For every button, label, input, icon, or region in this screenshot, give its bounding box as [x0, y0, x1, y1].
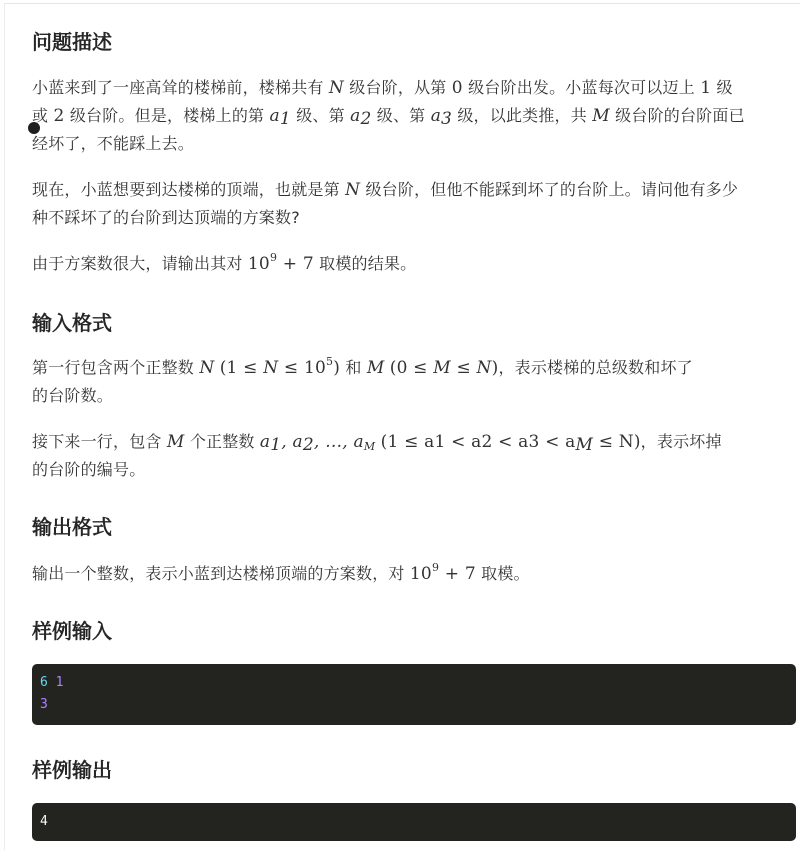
input-format-paragraph-1: 第一行包含两个正整数 N (1 ≤ N ≤ 105) 和 M (0 ≤ M ≤ …: [32, 354, 797, 410]
section-title-sample-output: 样例输出: [32, 756, 112, 784]
section-title-input-format: 输入格式: [32, 309, 112, 337]
section-title-output-format: 输出格式: [32, 513, 112, 541]
code-line-1: 6 1: [40, 672, 63, 694]
sample-input-code-block[interactable]: 6 1 3: [32, 664, 796, 725]
input-format-paragraph-2: 接下来一行，包含 M 个正整数 a1, a2, …, aM (1 ≤ a1 < …: [32, 428, 797, 484]
problem-panel: 问题描述 小蓝来到了一座高耸的楼梯前，楼梯共有 N 级台阶，从第 0 级台阶出发…: [4, 3, 800, 850]
section-title-sample-input: 样例输入: [32, 617, 112, 645]
sample-output-code-block[interactable]: 4: [32, 803, 796, 841]
description-paragraph-2: 现在，小蓝想要到达楼梯的顶端，也就是第 N 级台阶，但他不能踩到坏了的台阶上。请…: [32, 176, 797, 232]
section-title-description: 问题描述: [32, 28, 112, 56]
output-format-paragraph: 输出一个整数，表示小蓝到达楼梯顶端的方案数，对 109 + 7 取模。: [32, 560, 797, 588]
description-paragraph-1: 小蓝来到了一座高耸的楼梯前，楼梯共有 N 级台阶，从第 0 级台阶出发。小蓝每次…: [32, 74, 797, 158]
code-line-2: 3: [40, 694, 48, 716]
description-paragraph-3: 由于方案数很大，请输出其对 109 + 7 取模的结果。: [32, 250, 797, 278]
code-line-1: 4: [40, 811, 48, 833]
